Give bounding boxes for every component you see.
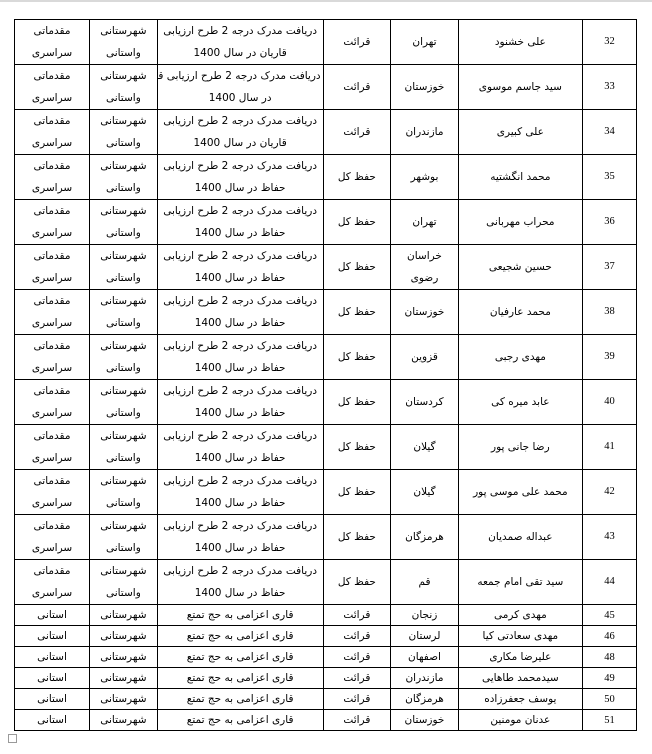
table-row: 38محمد عارفیانخوزستانحفظ کلدریافت مدرک د… [15,290,637,335]
stage-line: سراسری [17,222,87,244]
level-line: شهرستانی [92,711,155,730]
title-line: دریافت مدرک درجه 2 طرح ارزیابی [160,470,321,492]
table-row: 50یوسف جعفرزادههرمزگانقرائتقاری اعزامی ب… [15,689,637,710]
stage-line: سراسری [17,492,87,514]
level-line: واستانی [92,312,155,334]
province-line: رضوی [393,267,456,289]
name-cell: عدنان مومنین [458,710,582,731]
title-line: قاریان در سال 1400 [160,42,321,64]
table-row: 33سید جاسم موسویخوزستانقرائتدریافت مدرک … [15,65,637,110]
stage-cell: مقدماتیسراسری [15,470,90,515]
name-cell: مهدی کرمی [458,605,582,626]
province-cell: مازندران [391,668,459,689]
stage-line: سراسری [17,402,87,424]
table-row: 49سیدمحمد طاهاییمازندرانقرائتقاری اعزامی… [15,668,637,689]
title-cell: دریافت مدرک درجه 2 طرح ارزیابیحفاظ در سا… [157,290,323,335]
level-line: شهرستانی [92,627,155,646]
name-cell: محمد علی موسی پور [458,470,582,515]
title-line: دریافت مدرک درجه 2 طرح ارزیابی [160,200,321,222]
field-cell: حفظ کل [323,200,391,245]
level-cell: شهرستانیواستانی [90,560,158,605]
province-cell: خوزستان [391,710,459,731]
title-line: دریافت مدرک درجه 2 طرح ارزیابی [160,425,321,447]
row-number-cell: 33 [582,65,636,110]
stage-line: مقدماتی [17,515,87,537]
level-cell: شهرستانیواستانی [90,245,158,290]
name-cell: سیدمحمد طاهایی [458,668,582,689]
level-cell: شهرستانیواستانی [90,65,158,110]
table-row: 45مهدی کرمیزنجانقرائتقاری اعزامی به حج ت… [15,605,637,626]
title-cell: قاری اعزامی به حج تمتع [157,605,323,626]
stage-cell: مقدماتیسراسری [15,515,90,560]
level-line: شهرستانی [92,470,155,492]
province-line: خوزستان [393,301,456,323]
province-cell: مازندران [391,110,459,155]
title-line: حفاظ در سال 1400 [160,267,321,289]
province-cell: خوزستان [391,290,459,335]
stage-cell: مقدماتیسراسری [15,20,90,65]
title-cell: قاری اعزامی به حج تمتع [157,689,323,710]
stage-line: سراسری [17,42,87,64]
stage-line: سراسری [17,132,87,154]
field-cell: حفظ کل [323,380,391,425]
level-cell: شهرستانیواستانی [90,110,158,155]
stage-line: مقدماتی [17,470,87,492]
level-cell: شهرستانی [90,626,158,647]
level-line: شهرستانی [92,648,155,667]
title-line: حفاظ در سال 1400 [160,222,321,244]
title-line: حفاظ در سال 1400 [160,312,321,334]
field-cell: حفظ کل [323,425,391,470]
stage-cell: مقدماتیسراسری [15,335,90,380]
table-row: 34علی کبیریمازندرانقرائتدریافت مدرک درجه… [15,110,637,155]
stage-line: سراسری [17,582,87,604]
field-cell: قرائت [323,668,391,689]
title-line: حفاظ در سال 1400 [160,492,321,514]
name-cell: یوسف جعفرزاده [458,689,582,710]
level-cell: شهرستانیواستانی [90,335,158,380]
title-line: حفاظ در سال 1400 [160,357,321,379]
field-cell: قرائت [323,626,391,647]
field-cell: قرائت [323,689,391,710]
level-line: واستانی [92,87,155,109]
province-cell: هرمزگان [391,515,459,560]
stage-line: استانی [17,606,87,625]
title-cell: دریافت مدرک درجه 2 طرح ارزیابیحفاظ در سا… [157,560,323,605]
row-number-cell: 37 [582,245,636,290]
level-line: واستانی [92,357,155,379]
title-cell: قاری اعزامی به حج تمتع [157,626,323,647]
level-line: واستانی [92,492,155,514]
province-line: تهران [393,31,456,53]
stage-cell: مقدماتیسراسری [15,65,90,110]
province-line: گیلان [393,481,456,503]
name-cell: حسین شجیعی [458,245,582,290]
stage-line: مقدماتی [17,380,87,402]
table-row: 46مهدی سعادتی کیالرستانقرائتقاری اعزامی … [15,626,637,647]
field-cell: حفظ کل [323,155,391,200]
name-cell: علی خشنود [458,20,582,65]
row-number-cell: 36 [582,200,636,245]
title-line: دریافت مدرک درجه 2 طرح ارزیابی [160,380,321,402]
title-line: قاری اعزامی به حج تمتع [160,648,321,667]
province-line: قم [393,571,456,593]
name-cell: مهدی رجبی [458,335,582,380]
name-cell: عابد میره کی [458,380,582,425]
title-line: حفاظ در سال 1400 [160,537,321,559]
table-row: 41رضا جانی پورگیلانحفظ کلدریافت مدرک درج… [15,425,637,470]
province-cell: خوزستان [391,65,459,110]
stage-cell: مقدماتیسراسری [15,155,90,200]
table-row: 36محراب مهربانیتهرانحفظ کلدریافت مدرک در… [15,200,637,245]
table-row: 48علیرضا مکاریاصفهانقرائتقاری اعزامی به … [15,647,637,668]
table-row: 37حسین شجیعیخراسانرضویحفظ کلدریافت مدرک … [15,245,637,290]
province-line: گیلان [393,436,456,458]
level-line: واستانی [92,42,155,64]
province-line: هرمزگان [393,690,456,709]
level-line: شهرستانی [92,110,155,132]
stage-cell: استانی [15,605,90,626]
province-line: زنجان [393,606,456,625]
paragraph-end-marker [8,734,17,743]
province-cell: هرمزگان [391,689,459,710]
row-number-cell: 38 [582,290,636,335]
stage-cell: استانی [15,668,90,689]
title-line: دریافت مدرک درجه 2 طرح ارزیابی [160,290,321,312]
title-cell: دریافت مدرک درجه 2 طرح ارزیابیحفاظ در سا… [157,470,323,515]
title-line: دریافت مدرک درجه 2 طرح ارزیابی [160,245,321,267]
stage-line: مقدماتی [17,155,87,177]
level-cell: شهرستانیواستانی [90,380,158,425]
province-cell: قزوین [391,335,459,380]
row-number-cell: 35 [582,155,636,200]
level-line: واستانی [92,447,155,469]
table-row: 43عبداله صمدیانهرمزگانحفظ کلدریافت مدرک … [15,515,637,560]
name-cell: علی کبیری [458,110,582,155]
level-line: واستانی [92,537,155,559]
table-row: 32علی خشنودتهرانقرائتدریافت مدرک درجه 2 … [15,20,637,65]
name-cell: مهدی سعادتی کیا [458,626,582,647]
province-cell: زنجان [391,605,459,626]
name-cell: محمد انگشتیه [458,155,582,200]
level-cell: شهرستانی [90,647,158,668]
level-cell: شهرستانی [90,605,158,626]
row-number-cell: 48 [582,647,636,668]
name-cell: سید جاسم موسوی [458,65,582,110]
title-line: دریافت مدرک درجه 2 طرح ارزیابی [160,515,321,537]
field-cell: حفظ کل [323,335,391,380]
level-cell: شهرستانیواستانی [90,470,158,515]
level-line: شهرستانی [92,425,155,447]
title-cell: دریافت مدرک درجه 2 طرح ارزیابیحفاظ در سا… [157,425,323,470]
title-line: حفاظ در سال 1400 [160,402,321,424]
title-cell: قاری اعزامی به حج تمتع [157,710,323,731]
title-cell: دریافت مدرک درجه 2 طرح ارزیابیقاریان در … [157,110,323,155]
stage-line: مقدماتی [17,65,87,87]
title-line: قاری اعزامی به حج تمتع [160,627,321,646]
stage-line: سراسری [17,537,87,559]
title-line: حفاظ در سال 1400 [160,447,321,469]
province-line: مازندران [393,669,456,688]
level-line: واستانی [92,402,155,424]
title-line: قاری اعزامی به حج تمتع [160,711,321,730]
title-line: قاری اعزامی به حج تمتع [160,690,321,709]
title-cell: قاری اعزامی به حج تمتع [157,647,323,668]
level-line: واستانی [92,132,155,154]
stage-line: مقدماتی [17,110,87,132]
results-table: 32علی خشنودتهرانقرائتدریافت مدرک درجه 2 … [14,19,637,731]
title-line: دریافت مدرک درجه 2 طرح ارزیابی [160,560,321,582]
level-cell: شهرستانیواستانی [90,155,158,200]
title-line: حفاظ در سال 1400 [160,177,321,199]
stage-line: مقدماتی [17,560,87,582]
table-row: 39مهدی رجبیقزوینحفظ کلدریافت مدرک درجه 2… [15,335,637,380]
stage-cell: استانی [15,710,90,731]
stage-line: استانی [17,627,87,646]
level-line: شهرستانی [92,606,155,625]
field-cell: حفظ کل [323,560,391,605]
province-line: لرستان [393,627,456,646]
province-line: کردستان [393,391,456,413]
level-line: واستانی [92,582,155,604]
level-line: واستانی [92,267,155,289]
table-row: 51عدنان مومنینخوزستانقرائتقاری اعزامی به… [15,710,637,731]
name-cell: علیرضا مکاری [458,647,582,668]
stage-line: مقدماتی [17,200,87,222]
level-line: شهرستانی [92,20,155,42]
row-number-cell: 39 [582,335,636,380]
level-cell: شهرستانی [90,689,158,710]
title-cell: دریافت مدرک درجه 2 طرح ارزیابیحفاظ در سا… [157,380,323,425]
stage-line: سراسری [17,177,87,199]
province-cell: لرستان [391,626,459,647]
stage-cell: مقدماتیسراسری [15,425,90,470]
stage-line: مقدماتی [17,245,87,267]
stage-line: استانی [17,711,87,730]
row-number-cell: 42 [582,470,636,515]
province-line: اصفهان [393,648,456,667]
stage-line: مقدماتی [17,20,87,42]
field-cell: حفظ کل [323,515,391,560]
title-cell: دریافت مدرک درجه 2 طرح ارزیابیحفاظ در سا… [157,245,323,290]
province-line: خوزستان [393,711,456,730]
title-line: قاری اعزامی به حج تمتع [160,669,321,688]
field-cell: قرائت [323,605,391,626]
row-number-cell: 44 [582,560,636,605]
stage-line: سراسری [17,312,87,334]
title-line: دریافت مدرک درجه 2 طرح ارزیابی [160,20,321,42]
top-edge-divider [0,0,652,2]
table-row: 40عابد میره کیکردستانحفظ کلدریافت مدرک د… [15,380,637,425]
level-line: شهرستانی [92,290,155,312]
row-number-cell: 49 [582,668,636,689]
field-cell: حفظ کل [323,470,391,515]
title-cell: دریافت مدرک درجه 2 طرح ارزیابیقاریان در … [157,20,323,65]
level-line: واستانی [92,177,155,199]
field-cell: قرائت [323,710,391,731]
title-cell: دریافت مدرک درجه 2 طرح ارزیابی قاریاندر … [157,65,323,110]
field-cell: حفظ کل [323,245,391,290]
stage-cell: مقدماتیسراسری [15,110,90,155]
level-line: شهرستانی [92,560,155,582]
row-number-cell: 45 [582,605,636,626]
title-line: دریافت مدرک درجه 2 طرح ارزیابی [160,335,321,357]
province-line: قزوین [393,346,456,368]
level-cell: شهرستانیواستانی [90,290,158,335]
stage-cell: مقدماتیسراسری [15,380,90,425]
title-line: قاری اعزامی به حج تمتع [160,606,321,625]
province-line: خوزستان [393,76,456,98]
province-line: تهران [393,211,456,233]
table-row: 42محمد علی موسی پورگیلانحفظ کلدریافت مدر… [15,470,637,515]
stage-line: مقدماتی [17,290,87,312]
province-cell: قم [391,560,459,605]
level-line: شهرستانی [92,515,155,537]
title-line: دریافت مدرک درجه 2 طرح ارزیابی قاریان [160,65,321,87]
row-number-cell: 40 [582,380,636,425]
field-cell: قرائت [323,20,391,65]
title-line: دریافت مدرک درجه 2 طرح ارزیابی [160,155,321,177]
level-line: شهرستانی [92,65,155,87]
stage-cell: مقدماتیسراسری [15,200,90,245]
province-cell: خراسانرضوی [391,245,459,290]
province-cell: بوشهر [391,155,459,200]
level-cell: شهرستانیواستانی [90,425,158,470]
stage-cell: استانی [15,647,90,668]
stage-line: سراسری [17,87,87,109]
title-cell: قاری اعزامی به حج تمتع [157,668,323,689]
province-cell: گیلان [391,470,459,515]
field-cell: قرائت [323,647,391,668]
stage-cell: مقدماتیسراسری [15,245,90,290]
stage-line: مقدماتی [17,335,87,357]
title-cell: دریافت مدرک درجه 2 طرح ارزیابیحفاظ در سا… [157,335,323,380]
province-cell: تهران [391,200,459,245]
name-cell: سید تقی امام جمعه [458,560,582,605]
stage-cell: مقدماتیسراسری [15,290,90,335]
title-cell: دریافت مدرک درجه 2 طرح ارزیابیحفاظ در سا… [157,155,323,200]
row-number-cell: 43 [582,515,636,560]
level-line: واستانی [92,222,155,244]
stage-line: مقدماتی [17,425,87,447]
stage-cell: مقدماتیسراسری [15,560,90,605]
level-cell: شهرستانیواستانی [90,20,158,65]
table-row: 35محمد انگشتیهبوشهرحفظ کلدریافت مدرک درج… [15,155,637,200]
level-line: شهرستانی [92,380,155,402]
stage-line: سراسری [17,267,87,289]
level-cell: شهرستانی [90,668,158,689]
title-line: در سال 1400 [160,87,321,109]
title-line: قاریان در سال 1400 [160,132,321,154]
stage-line: استانی [17,648,87,667]
province-cell: اصفهان [391,647,459,668]
province-line: بوشهر [393,166,456,188]
title-cell: دریافت مدرک درجه 2 طرح ارزیابیحفاظ در سا… [157,200,323,245]
title-cell: دریافت مدرک درجه 2 طرح ارزیابیحفاظ در سا… [157,515,323,560]
title-line: حفاظ در سال 1400 [160,582,321,604]
stage-line: سراسری [17,357,87,379]
level-line: شهرستانی [92,245,155,267]
province-cell: تهران [391,20,459,65]
name-cell: رضا جانی پور [458,425,582,470]
stage-cell: استانی [15,626,90,647]
level-line: شهرستانی [92,669,155,688]
stage-line: استانی [17,690,87,709]
stage-line: سراسری [17,447,87,469]
name-cell: محمد عارفیان [458,290,582,335]
province-cell: گیلان [391,425,459,470]
title-line: دریافت مدرک درجه 2 طرح ارزیابی [160,110,321,132]
level-line: شهرستانی [92,200,155,222]
province-cell: کردستان [391,380,459,425]
name-cell: محراب مهربانی [458,200,582,245]
province-line: خراسان [393,245,456,267]
stage-line: استانی [17,669,87,688]
table-row: 44سید تقی امام جمعهقمحفظ کلدریافت مدرک د… [15,560,637,605]
level-cell: شهرستانی [90,710,158,731]
row-number-cell: 41 [582,425,636,470]
stage-cell: استانی [15,689,90,710]
level-line: شهرستانی [92,155,155,177]
level-line: شهرستانی [92,335,155,357]
level-cell: شهرستانیواستانی [90,515,158,560]
row-number-cell: 46 [582,626,636,647]
name-cell: عبداله صمدیان [458,515,582,560]
table-body: 32علی خشنودتهرانقرائتدریافت مدرک درجه 2 … [15,20,637,731]
row-number-cell: 50 [582,689,636,710]
field-cell: قرائت [323,110,391,155]
row-number-cell: 51 [582,710,636,731]
row-number-cell: 34 [582,110,636,155]
province-line: هرمزگان [393,526,456,548]
field-cell: قرائت [323,65,391,110]
province-line: مازندران [393,121,456,143]
row-number-cell: 32 [582,20,636,65]
field-cell: حفظ کل [323,290,391,335]
level-cell: شهرستانیواستانی [90,200,158,245]
level-line: شهرستانی [92,690,155,709]
